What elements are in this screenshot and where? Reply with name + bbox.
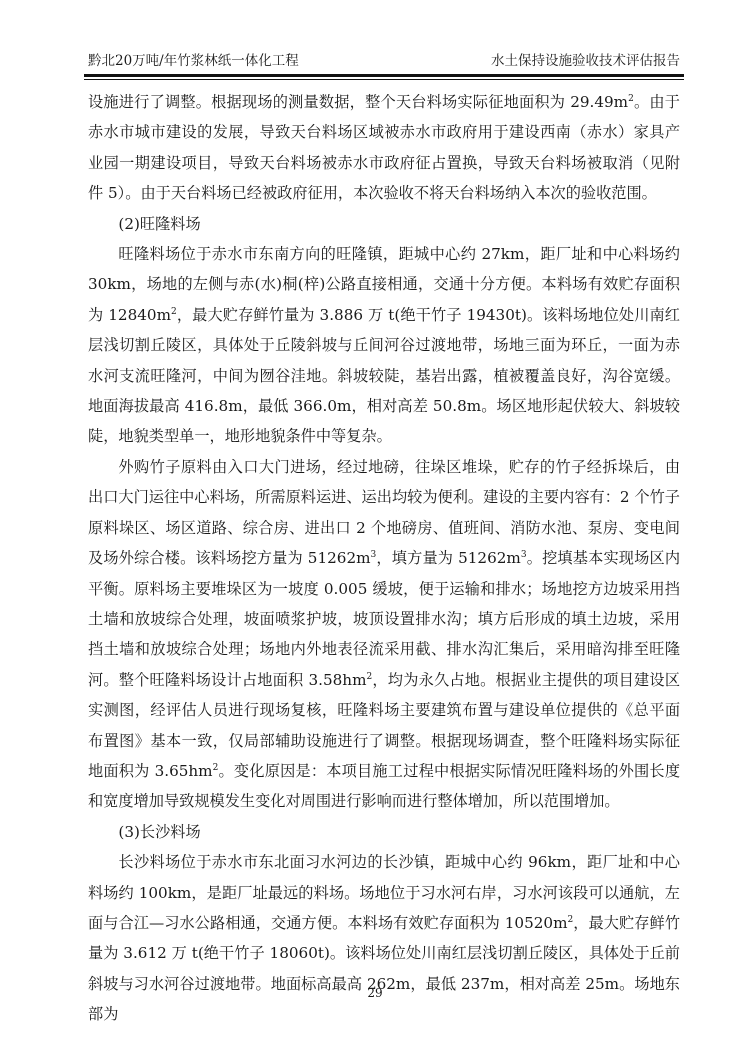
section-heading: (2)旺隆料场	[88, 209, 680, 239]
paragraph: 长沙料场位于赤水市东北面习水河边的长沙镇，距城中心约 96km，距厂址和中心料场…	[88, 847, 680, 1029]
document-body: 设施进行了调整。根据现场的测量数据，整个天台料场实际征地面积为 29.49m2。…	[88, 87, 680, 1030]
section-heading: (3)长沙料场	[88, 817, 680, 847]
header-rule-thick	[84, 74, 684, 77]
paragraph: 设施进行了调整。根据现场的测量数据，整个天台料场实际征地面积为 29.49m2。…	[88, 87, 680, 209]
paragraph: 外购竹子原料由入口大门进场，经过地磅，往垛区堆垛，贮存的竹子经拆垛后，由出口大门…	[88, 452, 680, 817]
header-report-title: 水土保持设施验收技术评估报告	[491, 51, 680, 71]
header-project-title: 黔北20万吨/年竹浆林纸一体化工程	[88, 51, 299, 71]
page-number: 29	[0, 986, 750, 1000]
running-header: 黔北20万吨/年竹浆林纸一体化工程 水土保持设施验收技术评估报告	[88, 51, 680, 71]
header-rule-thin	[84, 79, 684, 80]
paragraph: 旺隆料场位于赤水市东南方向的旺隆镇，距城中心约 27km，距厂址和中心料场约 3…	[88, 239, 680, 452]
